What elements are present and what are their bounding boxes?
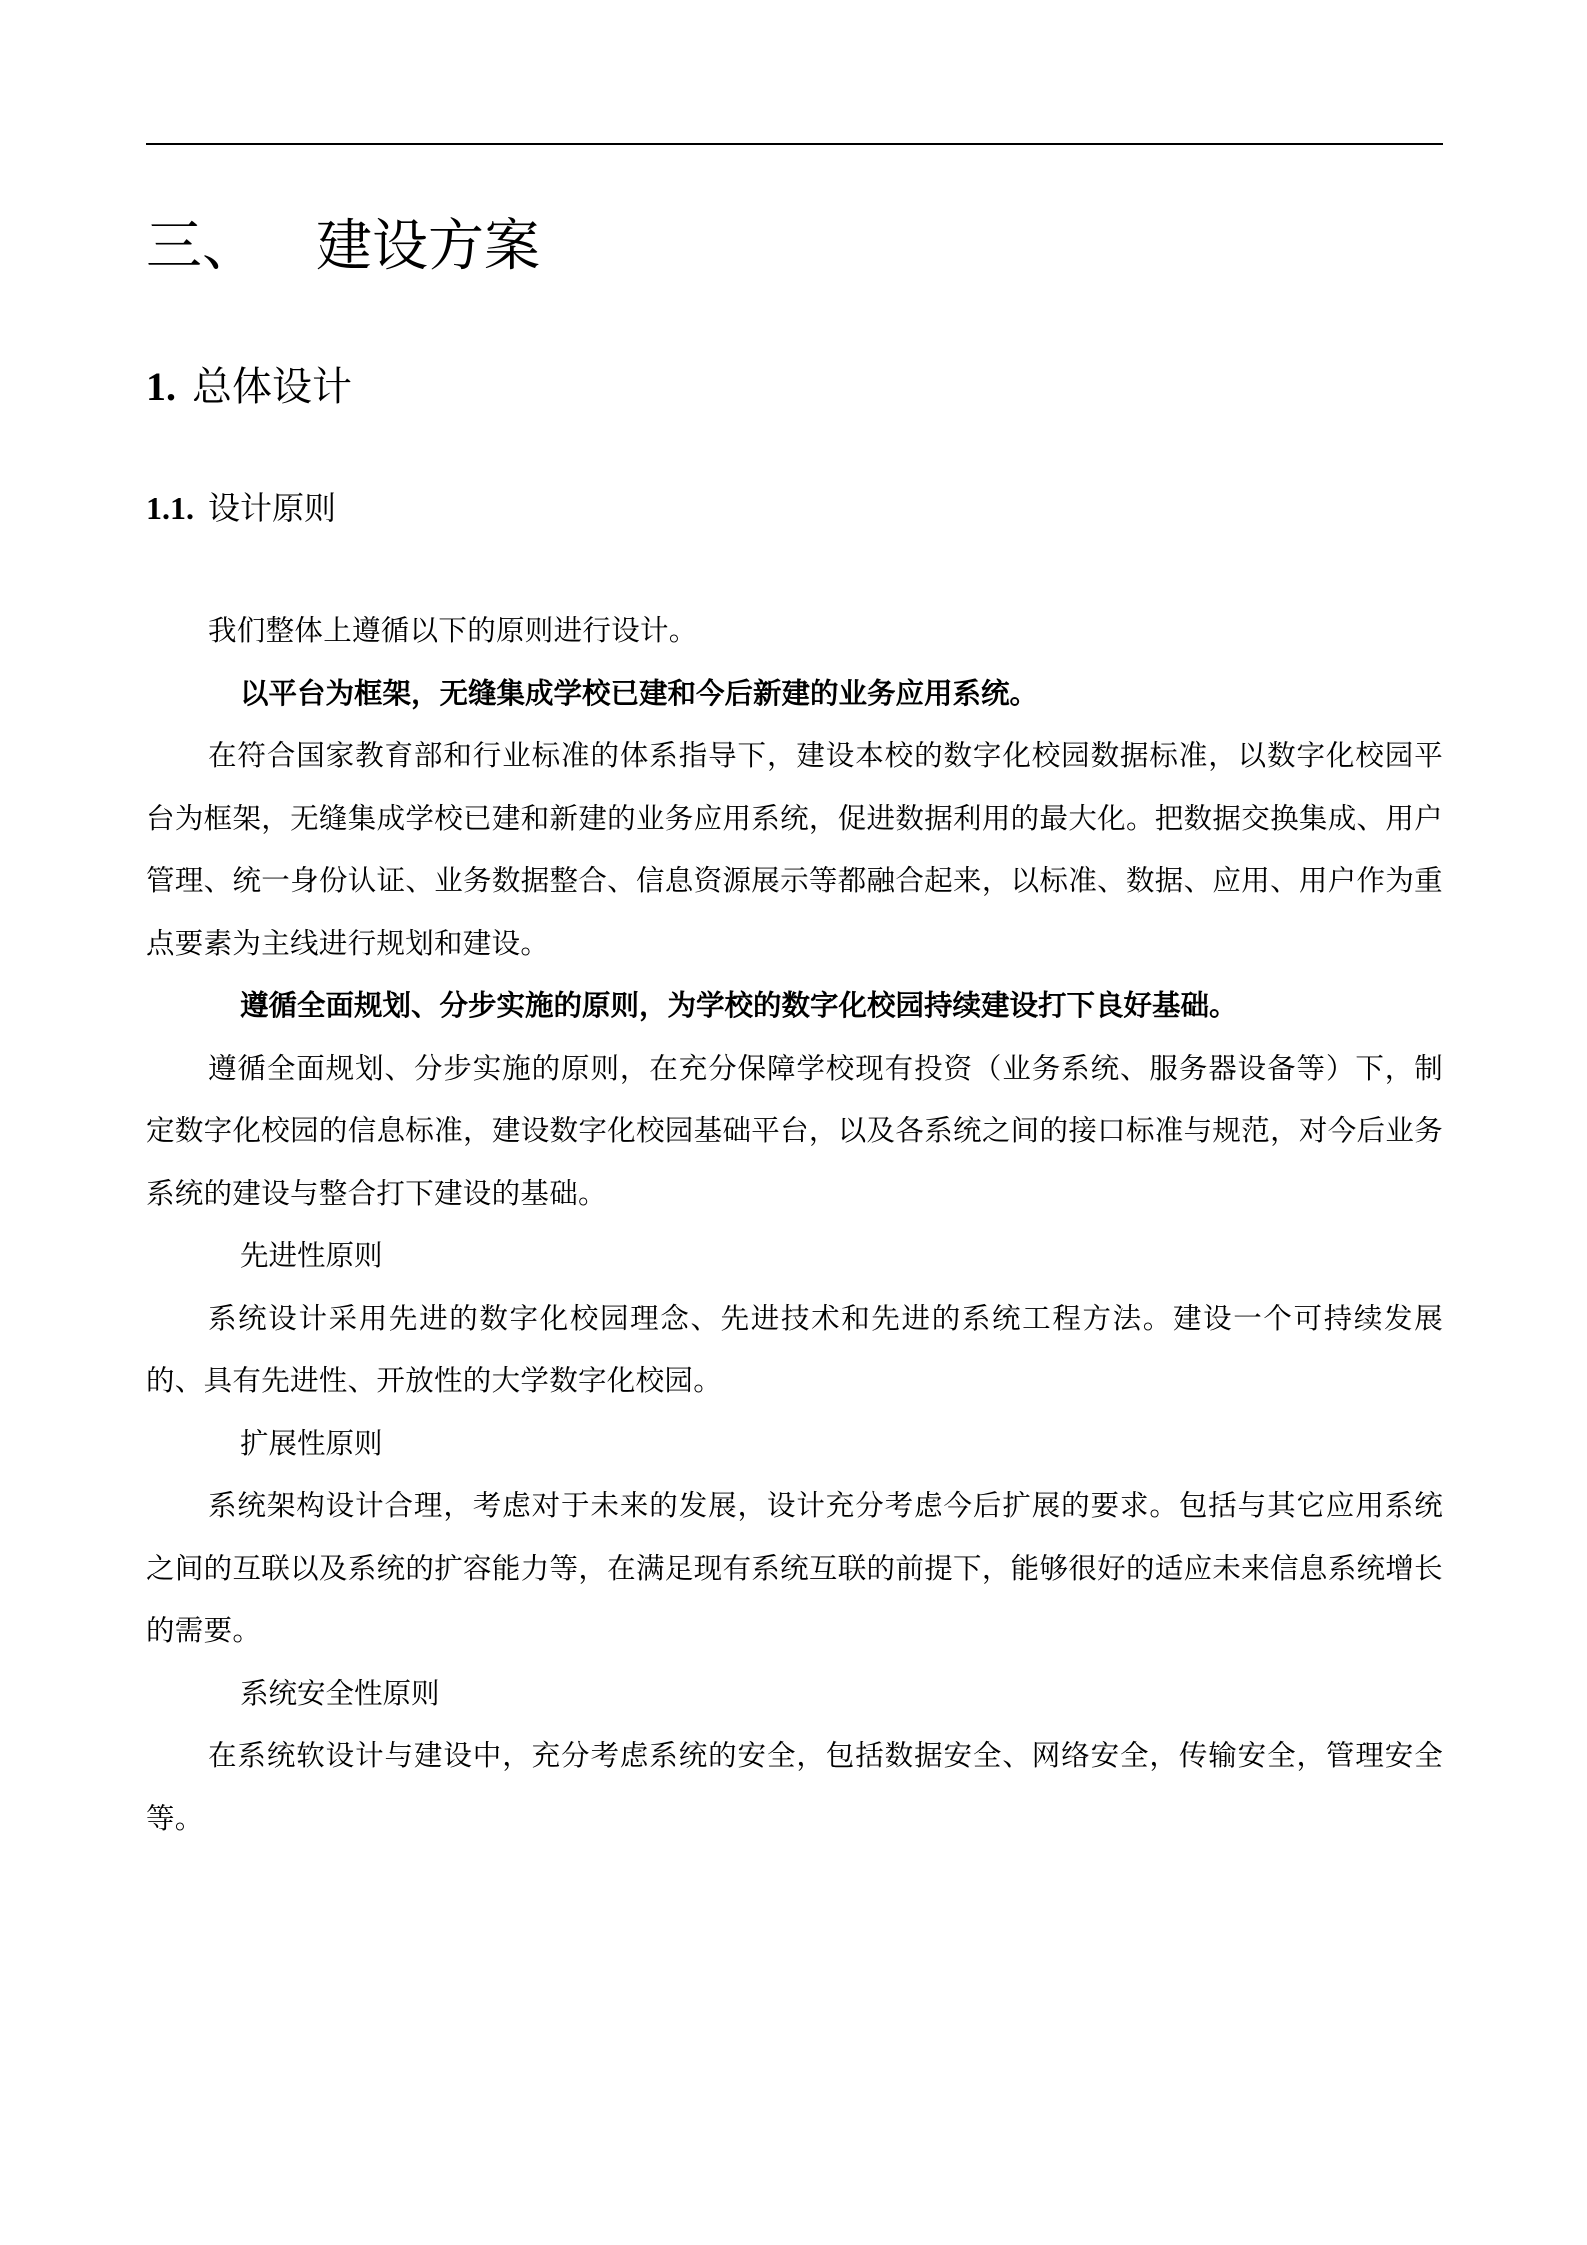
- principle-text-extensibility: 系统架构设计合理，考虑对于未来的发展，设计充分考虑今后扩展的要求。包括与其它应用…: [146, 1475, 1443, 1663]
- section-number: 1.: [146, 364, 176, 409]
- section-title-text: 总体设计: [192, 364, 352, 410]
- document-body: 我们整体上遵循以下的原则进行设计。 以平台为框架，无缝集成学校已建和今后新建的业…: [146, 600, 1443, 1850]
- subsection-number: 1.1.: [146, 490, 194, 526]
- intro-paragraph: 我们整体上遵循以下的原则进行设计。: [146, 600, 1443, 663]
- principle-heading-platform: 以平台为框架，无缝集成学校已建和今后新建的业务应用系统。: [146, 663, 1443, 726]
- subsection-title-text: 设计原则: [208, 489, 336, 527]
- header-rule-divider: [146, 143, 1443, 145]
- chapter-title: 三、建设方案: [146, 212, 540, 282]
- chapter-title-text: 建设方案: [316, 214, 540, 279]
- principle-heading-security: 系统安全性原则: [146, 1663, 1443, 1726]
- section-title: 1.总体设计: [146, 362, 352, 412]
- principle-heading-extensibility: 扩展性原则: [146, 1413, 1443, 1476]
- principle-text-planning: 遵循全面规划、分步实施的原则，在充分保障学校现有投资（业务系统、服务器设备等）下…: [146, 1038, 1443, 1226]
- principle-text-advanced: 系统设计采用先进的数字化校园理念、先进技术和先进的系统工程方法。建设一个可持续发…: [146, 1288, 1443, 1413]
- principle-heading-advanced: 先进性原则: [146, 1225, 1443, 1288]
- principle-heading-planning: 遵循全面规划、分步实施的原则，为学校的数字化校园持续建设打下良好基础。: [146, 975, 1443, 1038]
- chapter-number: 三、: [146, 212, 316, 282]
- principle-text-platform: 在符合国家教育部和行业标准的体系指导下，建设本校的数字化校园数据标准，以数字化校…: [146, 725, 1443, 975]
- subsection-title: 1.1.设计原则: [146, 487, 336, 529]
- principle-text-security: 在系统软设计与建设中，充分考虑系统的安全，包括数据安全、网络安全，传输安全，管理…: [146, 1725, 1443, 1850]
- document-page: 三、建设方案 1.总体设计 1.1.设计原则 我们整体上遵循以下的原则进行设计。…: [0, 0, 1587, 2245]
